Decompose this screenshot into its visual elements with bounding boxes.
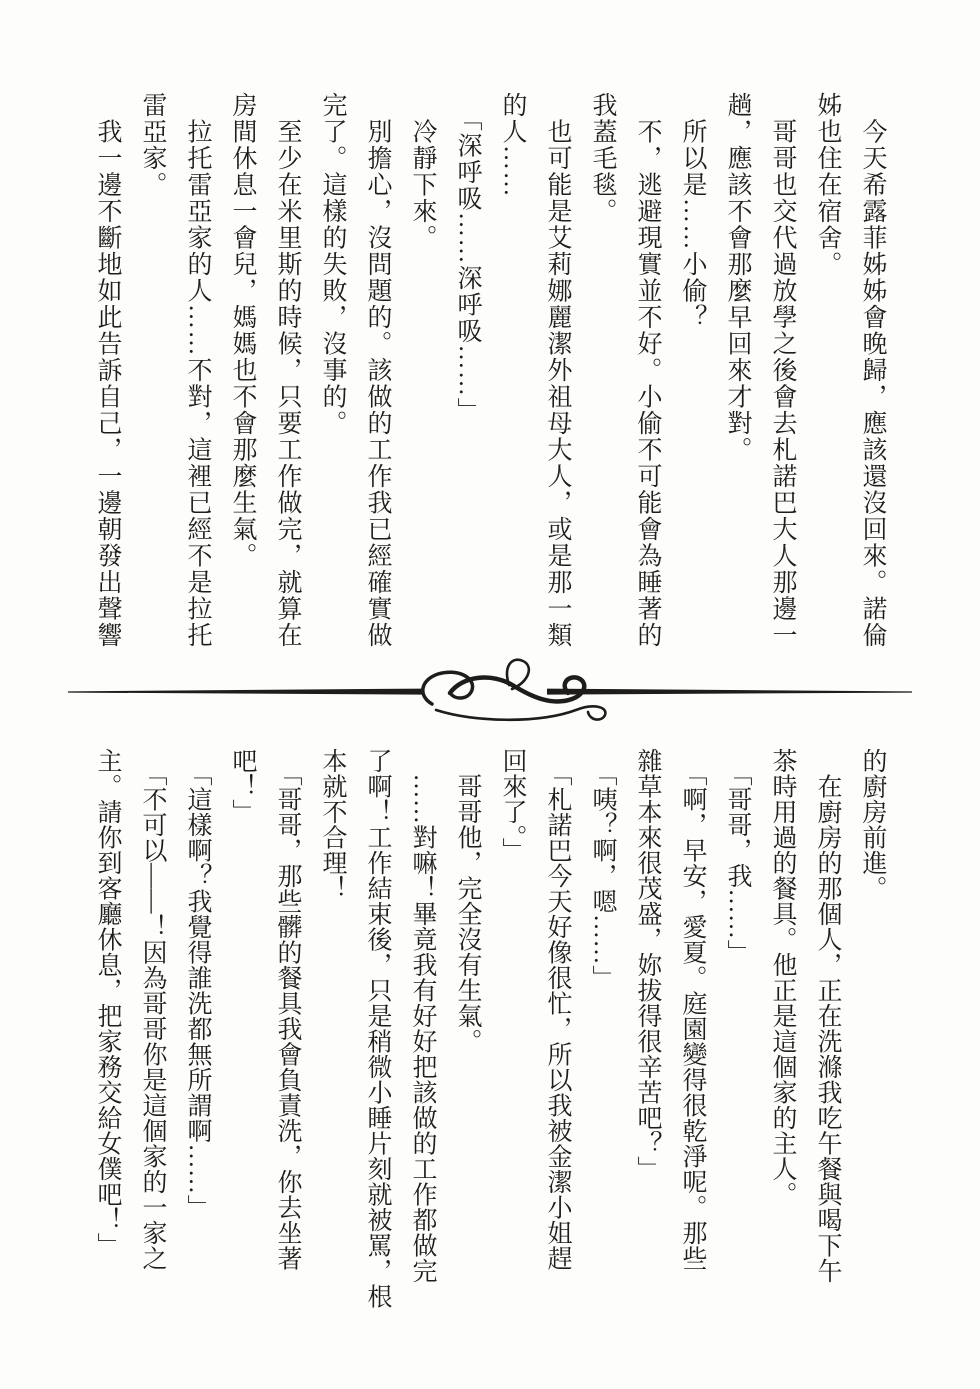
text-line-vertical: 哥哥他，完全沒有生氣。 (445, 748, 490, 1300)
text-line-vertical: 的人…… (490, 92, 535, 652)
text-line-vertical: 主。請你到客廳休息，把家務交給女僕吧！」 (85, 748, 130, 1300)
text-line-vertical: 在廚房的那個人，正在洗滌我吃午餐與喝下午 (805, 748, 850, 1300)
text-line-vertical: 雜草本來很茂盛，妳拔得很辛苦吧？」 (625, 748, 670, 1300)
text-line-vertical: 至少在米里斯的時候，只要工作做完，就算在 (265, 92, 310, 652)
text-line-vertical: 「咦？啊，嗯……」 (580, 748, 625, 1300)
text-line-vertical: 我蓋毛毯。 (580, 92, 625, 652)
text-line-vertical: 哥哥也交代過放學之後會去札諾巴大人那邊一 (760, 92, 805, 652)
text-line-vertical: 本就不合理！ (310, 748, 355, 1300)
text-line-vertical: 回來了。」 (490, 748, 535, 1300)
text-line-vertical: 茶時用過的餐具。他正是這個家的主人。 (760, 748, 805, 1300)
text-line-vertical: 的廚房前進。 (850, 748, 895, 1300)
text-line-vertical: 雷亞家。 (130, 92, 175, 652)
text-line-vertical: 所以是……小偷？ (670, 92, 715, 652)
text-line-vertical: 別擔心，沒問題的。該做的工作我已經確實做 (355, 92, 400, 652)
text-line-vertical: 「哥哥，那些髒的餐具我會負責洗，你去坐著 (265, 748, 310, 1300)
calligraphic-flourish-icon (60, 652, 920, 732)
text-line-vertical: 冷靜下來。 (400, 92, 445, 652)
text-line-vertical: 完了。這樣的失敗，沒事的。 (310, 92, 355, 652)
text-line-vertical: 也可能是艾莉娜麗潔外祖母大人，或是那一類 (535, 92, 580, 652)
text-line-vertical: 不，逃避現實並不好。小偷不可能會為睡著的 (625, 92, 670, 652)
text-line-vertical: 「不可以——！因為哥哥你是這個家的一家之 (130, 748, 175, 1300)
text-line-vertical: ……對嘛！畢竟我有好好把該做的工作都做完 (400, 748, 445, 1300)
text-line-vertical: 「札諾巴今天好像很忙，所以我被金潔小姐趕 (535, 748, 580, 1300)
top-text-block: 今天希露菲姊姊會晚歸，應該還沒回來。諾倫姊也住在宿舍。 哥哥也交代過放學之後會去… (85, 92, 895, 652)
text-line-vertical: 趟，應該不會那麼早回來才對。 (715, 92, 760, 652)
text-line-vertical: 「深呼吸……深呼吸……」 (445, 92, 490, 652)
bottom-text-block: 的廚房前進。 在廚房的那個人，正在洗滌我吃午餐與喝下午茶時用過的餐具。他正是這個… (85, 748, 895, 1300)
text-line-vertical: 吧！」 (220, 748, 265, 1300)
book-page: 今天希露菲姊姊會晚歸，應該還沒回來。諾倫姊也住在宿舍。 哥哥也交代過放學之後會去… (0, 0, 980, 1389)
text-line-vertical: 姊也住在宿舍。 (805, 92, 850, 652)
text-line-vertical: 「啊，早安，愛夏。庭園變得很乾淨呢。那些 (670, 748, 715, 1300)
text-line-vertical: 房間休息一會兒，媽媽也不會那麼生氣。 (220, 92, 265, 652)
section-divider (60, 652, 920, 732)
text-line-vertical: 「這樣啊？我覺得誰洗都無所謂啊……」 (175, 748, 220, 1300)
text-line-vertical: 了啊！工作結束後，只是稍微小睡片刻就被罵，根 (355, 748, 400, 1300)
text-line-vertical: 「哥哥，我……」 (715, 748, 760, 1300)
text-line-vertical: 今天希露菲姊姊會晚歸，應該還沒回來。諾倫 (850, 92, 895, 652)
text-line-vertical: 我一邊不斷地如此告訴自己，一邊朝發出聲響 (85, 92, 130, 652)
text-line-vertical: 拉托雷亞家的人……不對，這裡已經不是拉托 (175, 92, 220, 652)
